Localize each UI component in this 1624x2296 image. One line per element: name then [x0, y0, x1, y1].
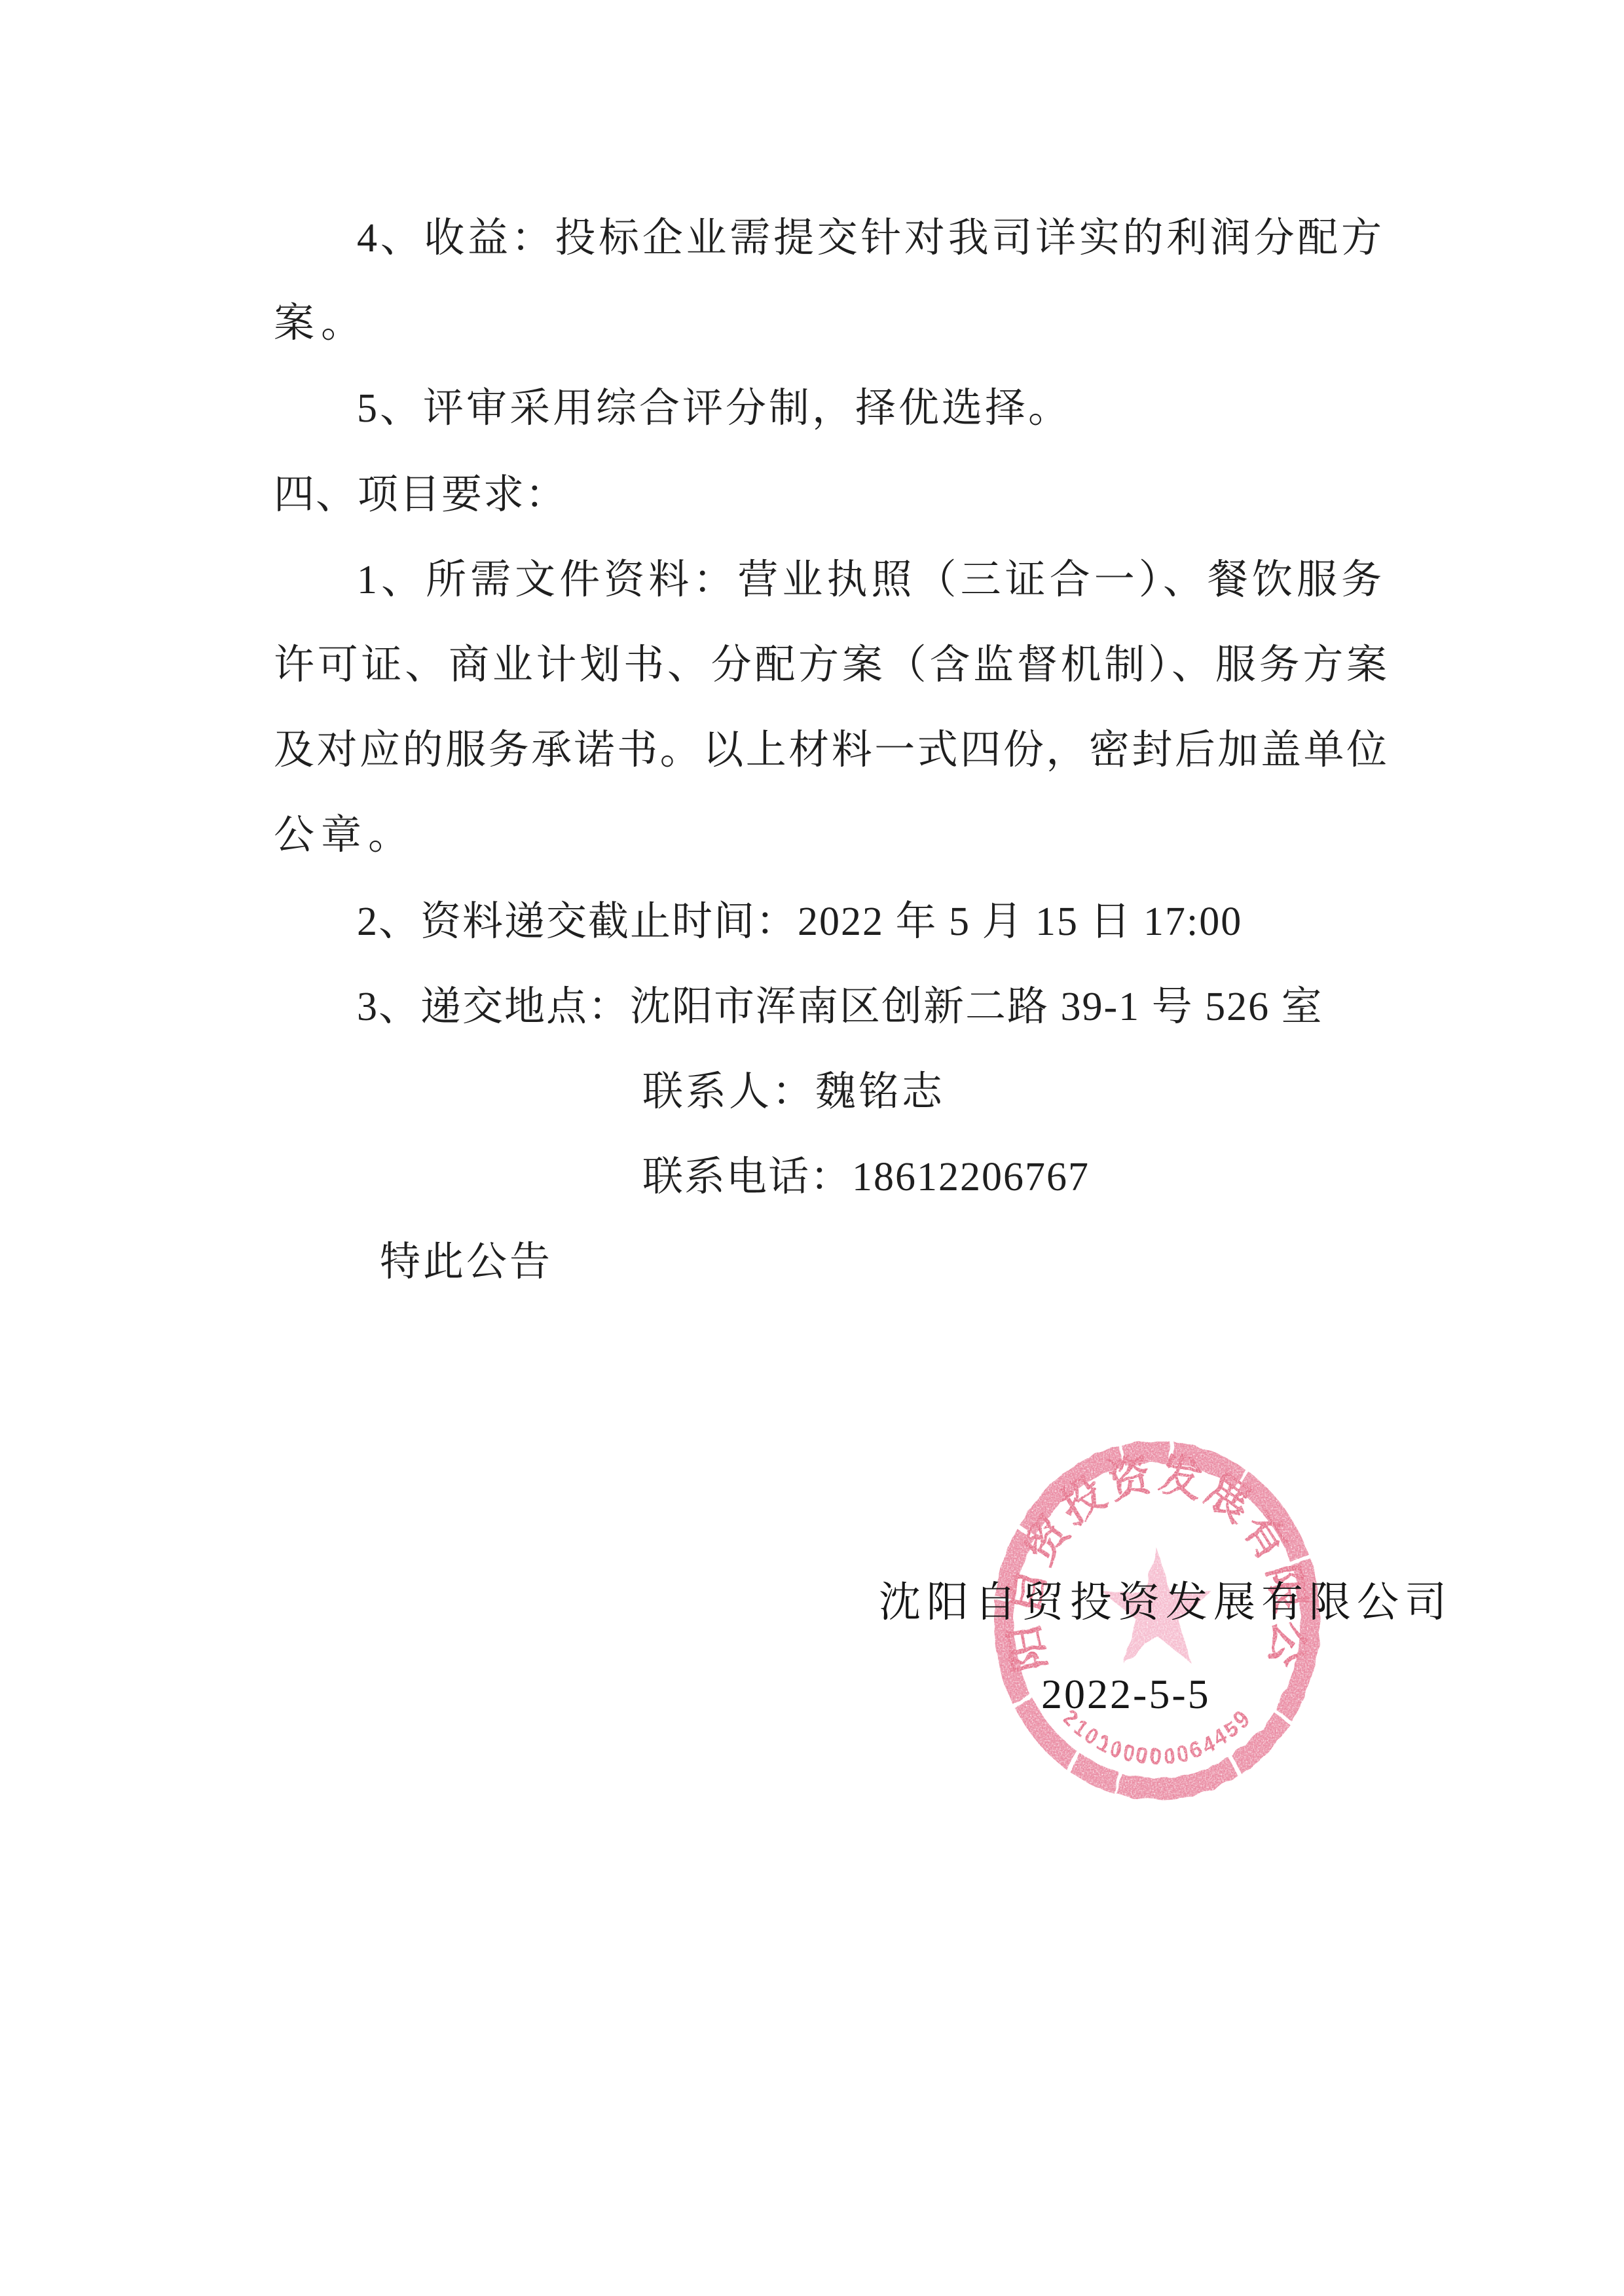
- body-line-contact-phone: 联系电话：18612206767: [642, 1154, 1090, 1201]
- signature-date: 2022-5-5: [1041, 1669, 1211, 1719]
- body-line-closing: 特此公告: [380, 1239, 553, 1286]
- body-line-6: 许可证、商业计划书、分配方案（含监督机制）、服务方案: [274, 642, 1387, 689]
- document-page: 4、收益：投标企业需提交针对我司详实的利润分配方 案。 5、评审采用综合评分制，…: [0, 0, 1624, 2296]
- body-line-9: 2、资料递交截止时间：2022 年 5 月 15 日 17:00: [357, 898, 1242, 945]
- signature-company: 沈阳自贸投资发展有限公司: [879, 1578, 1452, 1628]
- body-line-4: 四、项目要求：: [274, 471, 567, 519]
- body-line-3: 5、评审采用综合评分制，择优选择。: [357, 385, 1071, 432]
- body-line-contact-person: 联系人：魏铭志: [642, 1068, 945, 1116]
- body-line-5: 1、所需文件资料：营业执照（三证合一）、餐饮服务: [357, 556, 1382, 604]
- body-line-2: 案。: [274, 300, 368, 347]
- body-line-8: 公章。: [274, 812, 415, 859]
- body-line-7: 及对应的服务承诺书。以上材料一式四份，密封后加盖单位: [274, 727, 1387, 774]
- body-line-10: 3、递交地点：沈阳市浑南区创新二路 39-1 号 526 室: [357, 983, 1323, 1030]
- official-seal: 沈阳自贸投资发展有限公司 210100000064459: [941, 1404, 1373, 1863]
- body-line-1: 4、收益：投标企业需提交针对我司详实的利润分配方: [357, 215, 1382, 262]
